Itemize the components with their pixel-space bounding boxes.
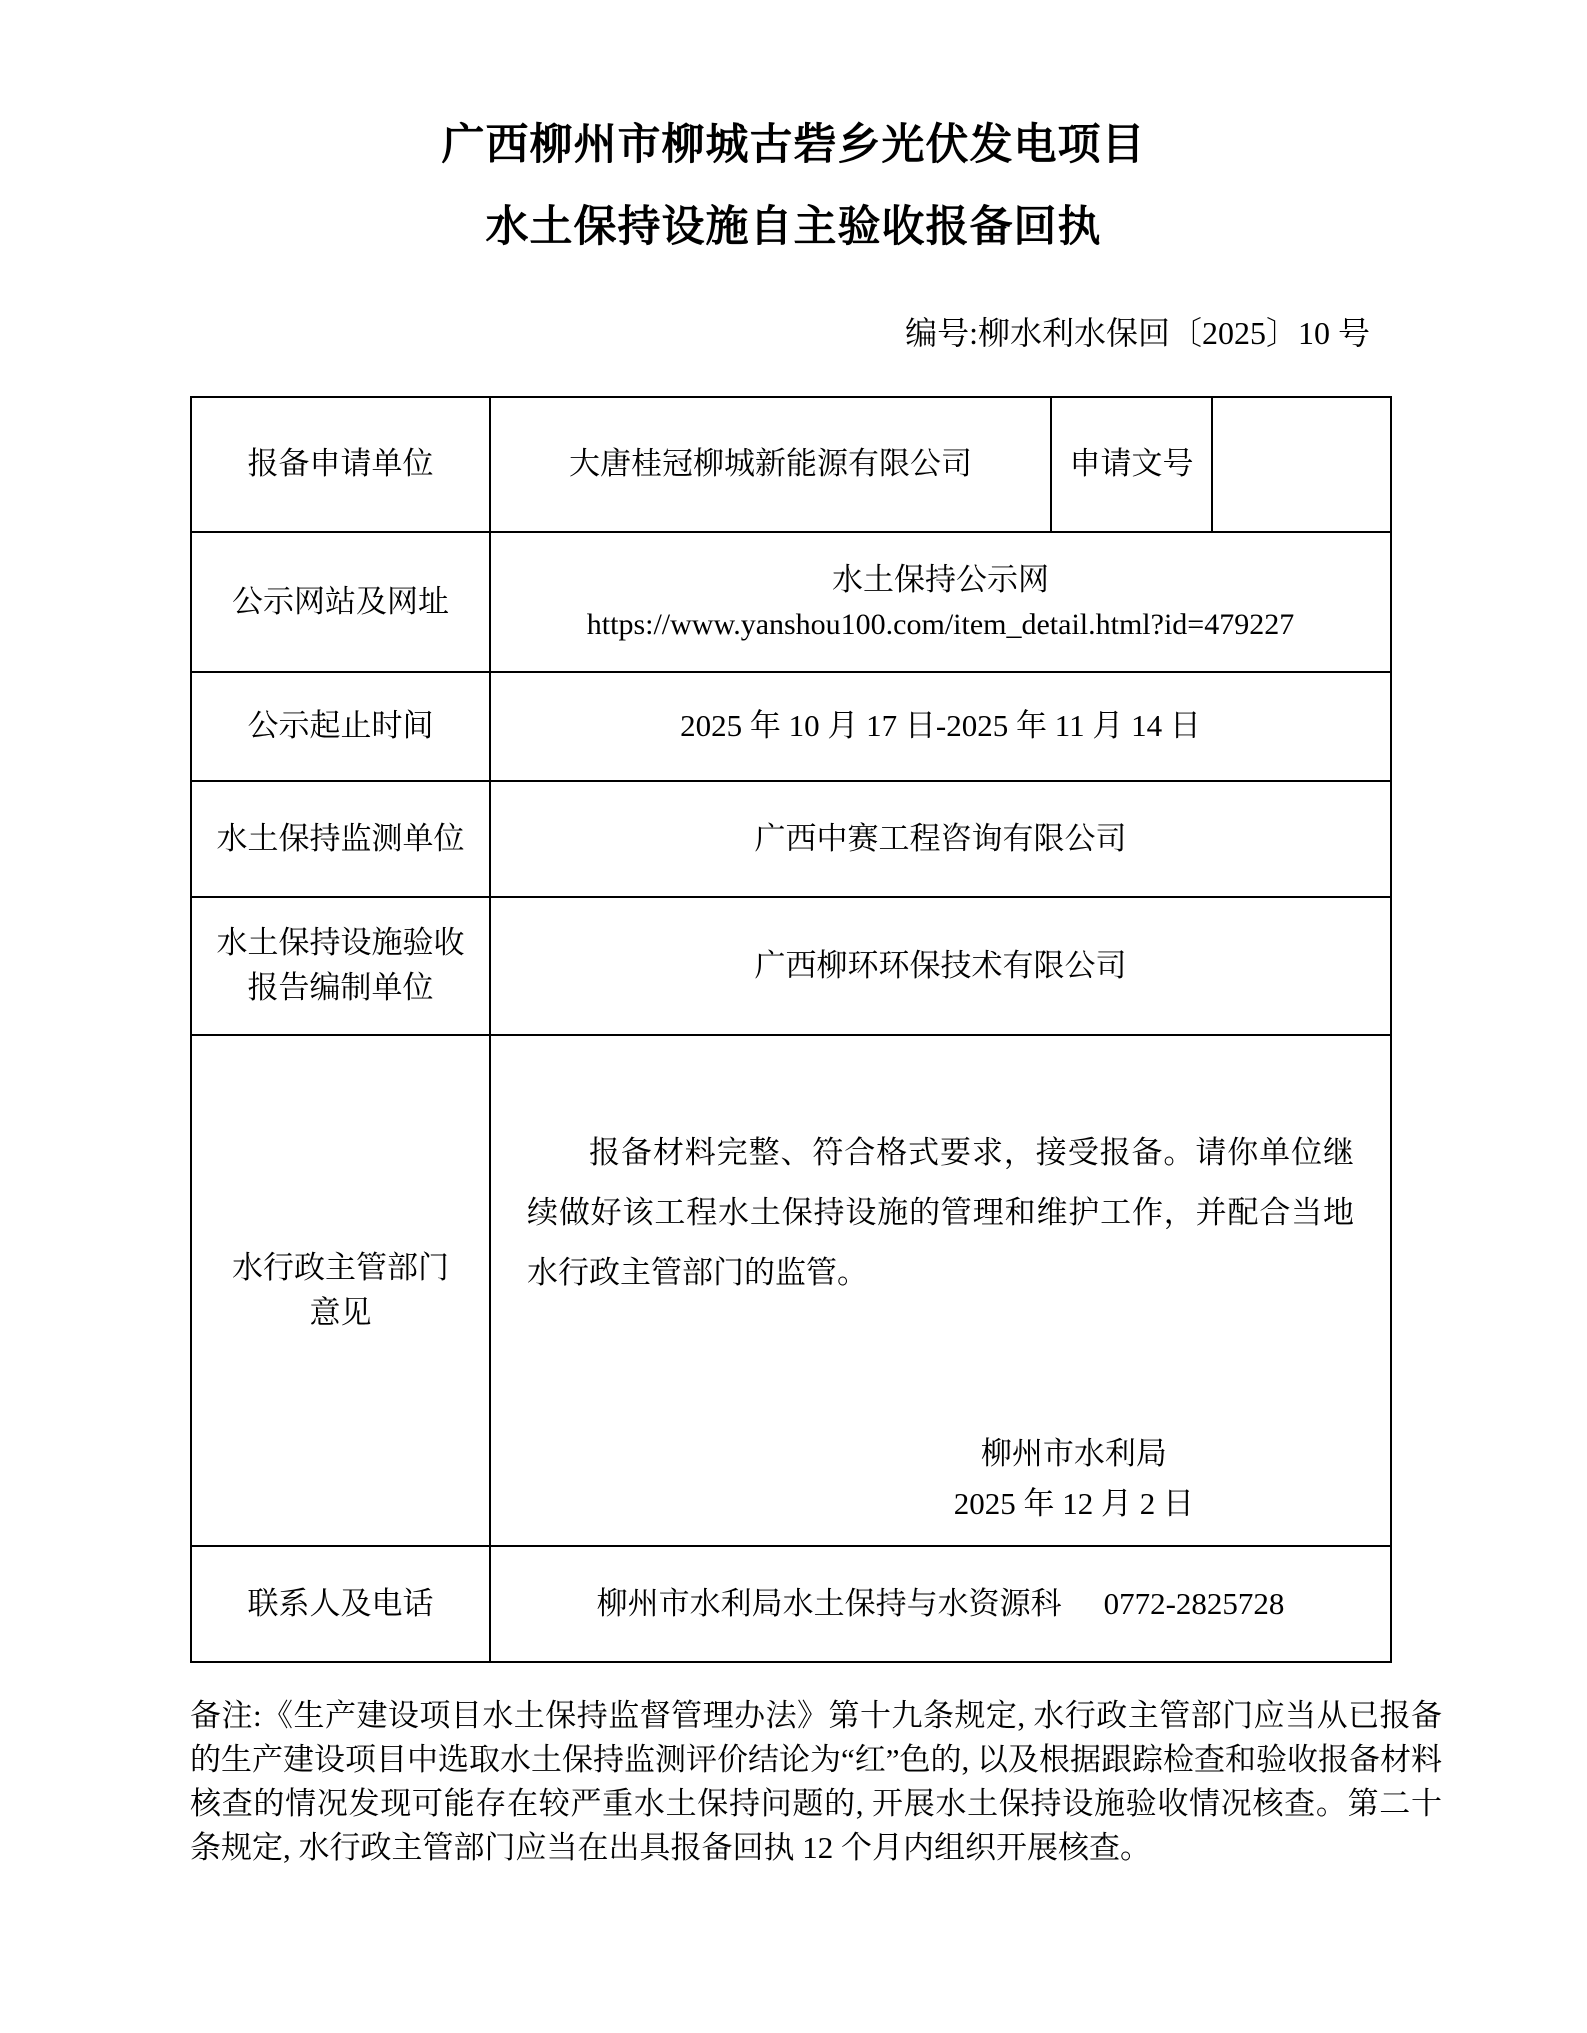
- authority-opinion-text: 报备材料完整、符合格式要求，接受报备。请你单位继续做好该工程水土保持设施的管理和…: [527, 1123, 1354, 1303]
- publicity-site-url: https://www.yanshou100.com/item_detail.h…: [497, 603, 1384, 647]
- authority-opinion-label-cell: 水行政主管部门 意见: [191, 1035, 490, 1546]
- monitoring-value-cell: 广西中赛工程咨询有限公司: [490, 781, 1391, 897]
- period-label-cell: 公示起止时间: [191, 672, 490, 781]
- document-page: 广西柳州市柳城古砦乡光伏发电项目 水土保持设施自主验收报备回执 编号:柳水利水保…: [0, 0, 1587, 2033]
- signature-date: 2025 年 12 月 2 日: [954, 1479, 1194, 1529]
- signature-block: 柳州市水利局 2025 年 12 月 2 日: [954, 1429, 1194, 1529]
- publicity-site-name: 水土保持公示网: [497, 558, 1384, 603]
- footer-note: 备注:《生产建设项目水土保持监督管理办法》第十九条规定, 水行政主管部门应当从已…: [190, 1694, 1442, 1870]
- contact-row: 联系人及电话 柳州市水利局水土保持与水资源科0772-2825728: [191, 1546, 1391, 1662]
- signature-authority: 柳州市水利局: [954, 1429, 1194, 1479]
- contact-office: 柳州市水利局水土保持与水资源科: [597, 1586, 1062, 1621]
- application-doc-no-value-cell: [1212, 397, 1391, 532]
- website-value-cell: 水土保持公示网 https://www.yanshou100.com/item_…: [490, 532, 1391, 672]
- report-unit-value-cell: 广西柳环环保技术有限公司: [490, 897, 1391, 1035]
- page-title-line1: 广西柳州市柳城古砦乡光伏发电项目: [0, 122, 1587, 170]
- report-unit-label-cell: 水土保持设施验收 报告编制单位: [191, 897, 490, 1035]
- authority-opinion-row: 水行政主管部门 意见 报备材料完整、符合格式要求，接受报备。请你单位继续做好该工…: [191, 1035, 1391, 1546]
- contact-label-cell: 联系人及电话: [191, 1546, 490, 1662]
- page-title-line2: 水土保持设施自主验收报备回执: [0, 204, 1587, 252]
- report-unit-label-line1: 水土保持设施验收: [198, 921, 483, 966]
- application-doc-no-label-cell: 申请文号: [1051, 397, 1212, 532]
- report-unit-label-line2: 报告编制单位: [198, 966, 483, 1011]
- applicant-value-cell: 大唐桂冠柳城新能源有限公司: [490, 397, 1051, 532]
- report-unit-row: 水土保持设施验收 报告编制单位 广西柳环环保技术有限公司: [191, 897, 1391, 1035]
- authority-opinion-label-line1: 水行政主管部门: [198, 1246, 483, 1291]
- contact-value-cell: 柳州市水利局水土保持与水资源科0772-2825728: [490, 1546, 1391, 1662]
- doc-number: 编号:柳水利水保回〔2025〕10 号: [190, 314, 1370, 352]
- applicant-label-cell: 报备申请单位: [191, 397, 490, 532]
- website-label-cell: 公示网站及网址: [191, 532, 490, 672]
- filing-form-table: 报备申请单位 大唐桂冠柳城新能源有限公司 申请文号 公示网站及网址 水土保持公示…: [190, 396, 1392, 1663]
- authority-opinion-value-cell: 报备材料完整、符合格式要求，接受报备。请你单位继续做好该工程水土保持设施的管理和…: [490, 1035, 1391, 1546]
- contact-phone: 0772-2825728: [1104, 1586, 1285, 1621]
- monitoring-label-cell: 水土保持监测单位: [191, 781, 490, 897]
- website-row: 公示网站及网址 水土保持公示网 https://www.yanshou100.c…: [191, 532, 1391, 672]
- authority-opinion-label-line2: 意见: [198, 1291, 483, 1336]
- period-value-cell: 2025 年 10 月 17 日-2025 年 11 月 14 日: [490, 672, 1391, 781]
- applicant-row: 报备申请单位 大唐桂冠柳城新能源有限公司 申请文号: [191, 397, 1391, 532]
- period-row: 公示起止时间 2025 年 10 月 17 日-2025 年 11 月 14 日: [191, 672, 1391, 781]
- monitoring-row: 水土保持监测单位 广西中赛工程咨询有限公司: [191, 781, 1391, 897]
